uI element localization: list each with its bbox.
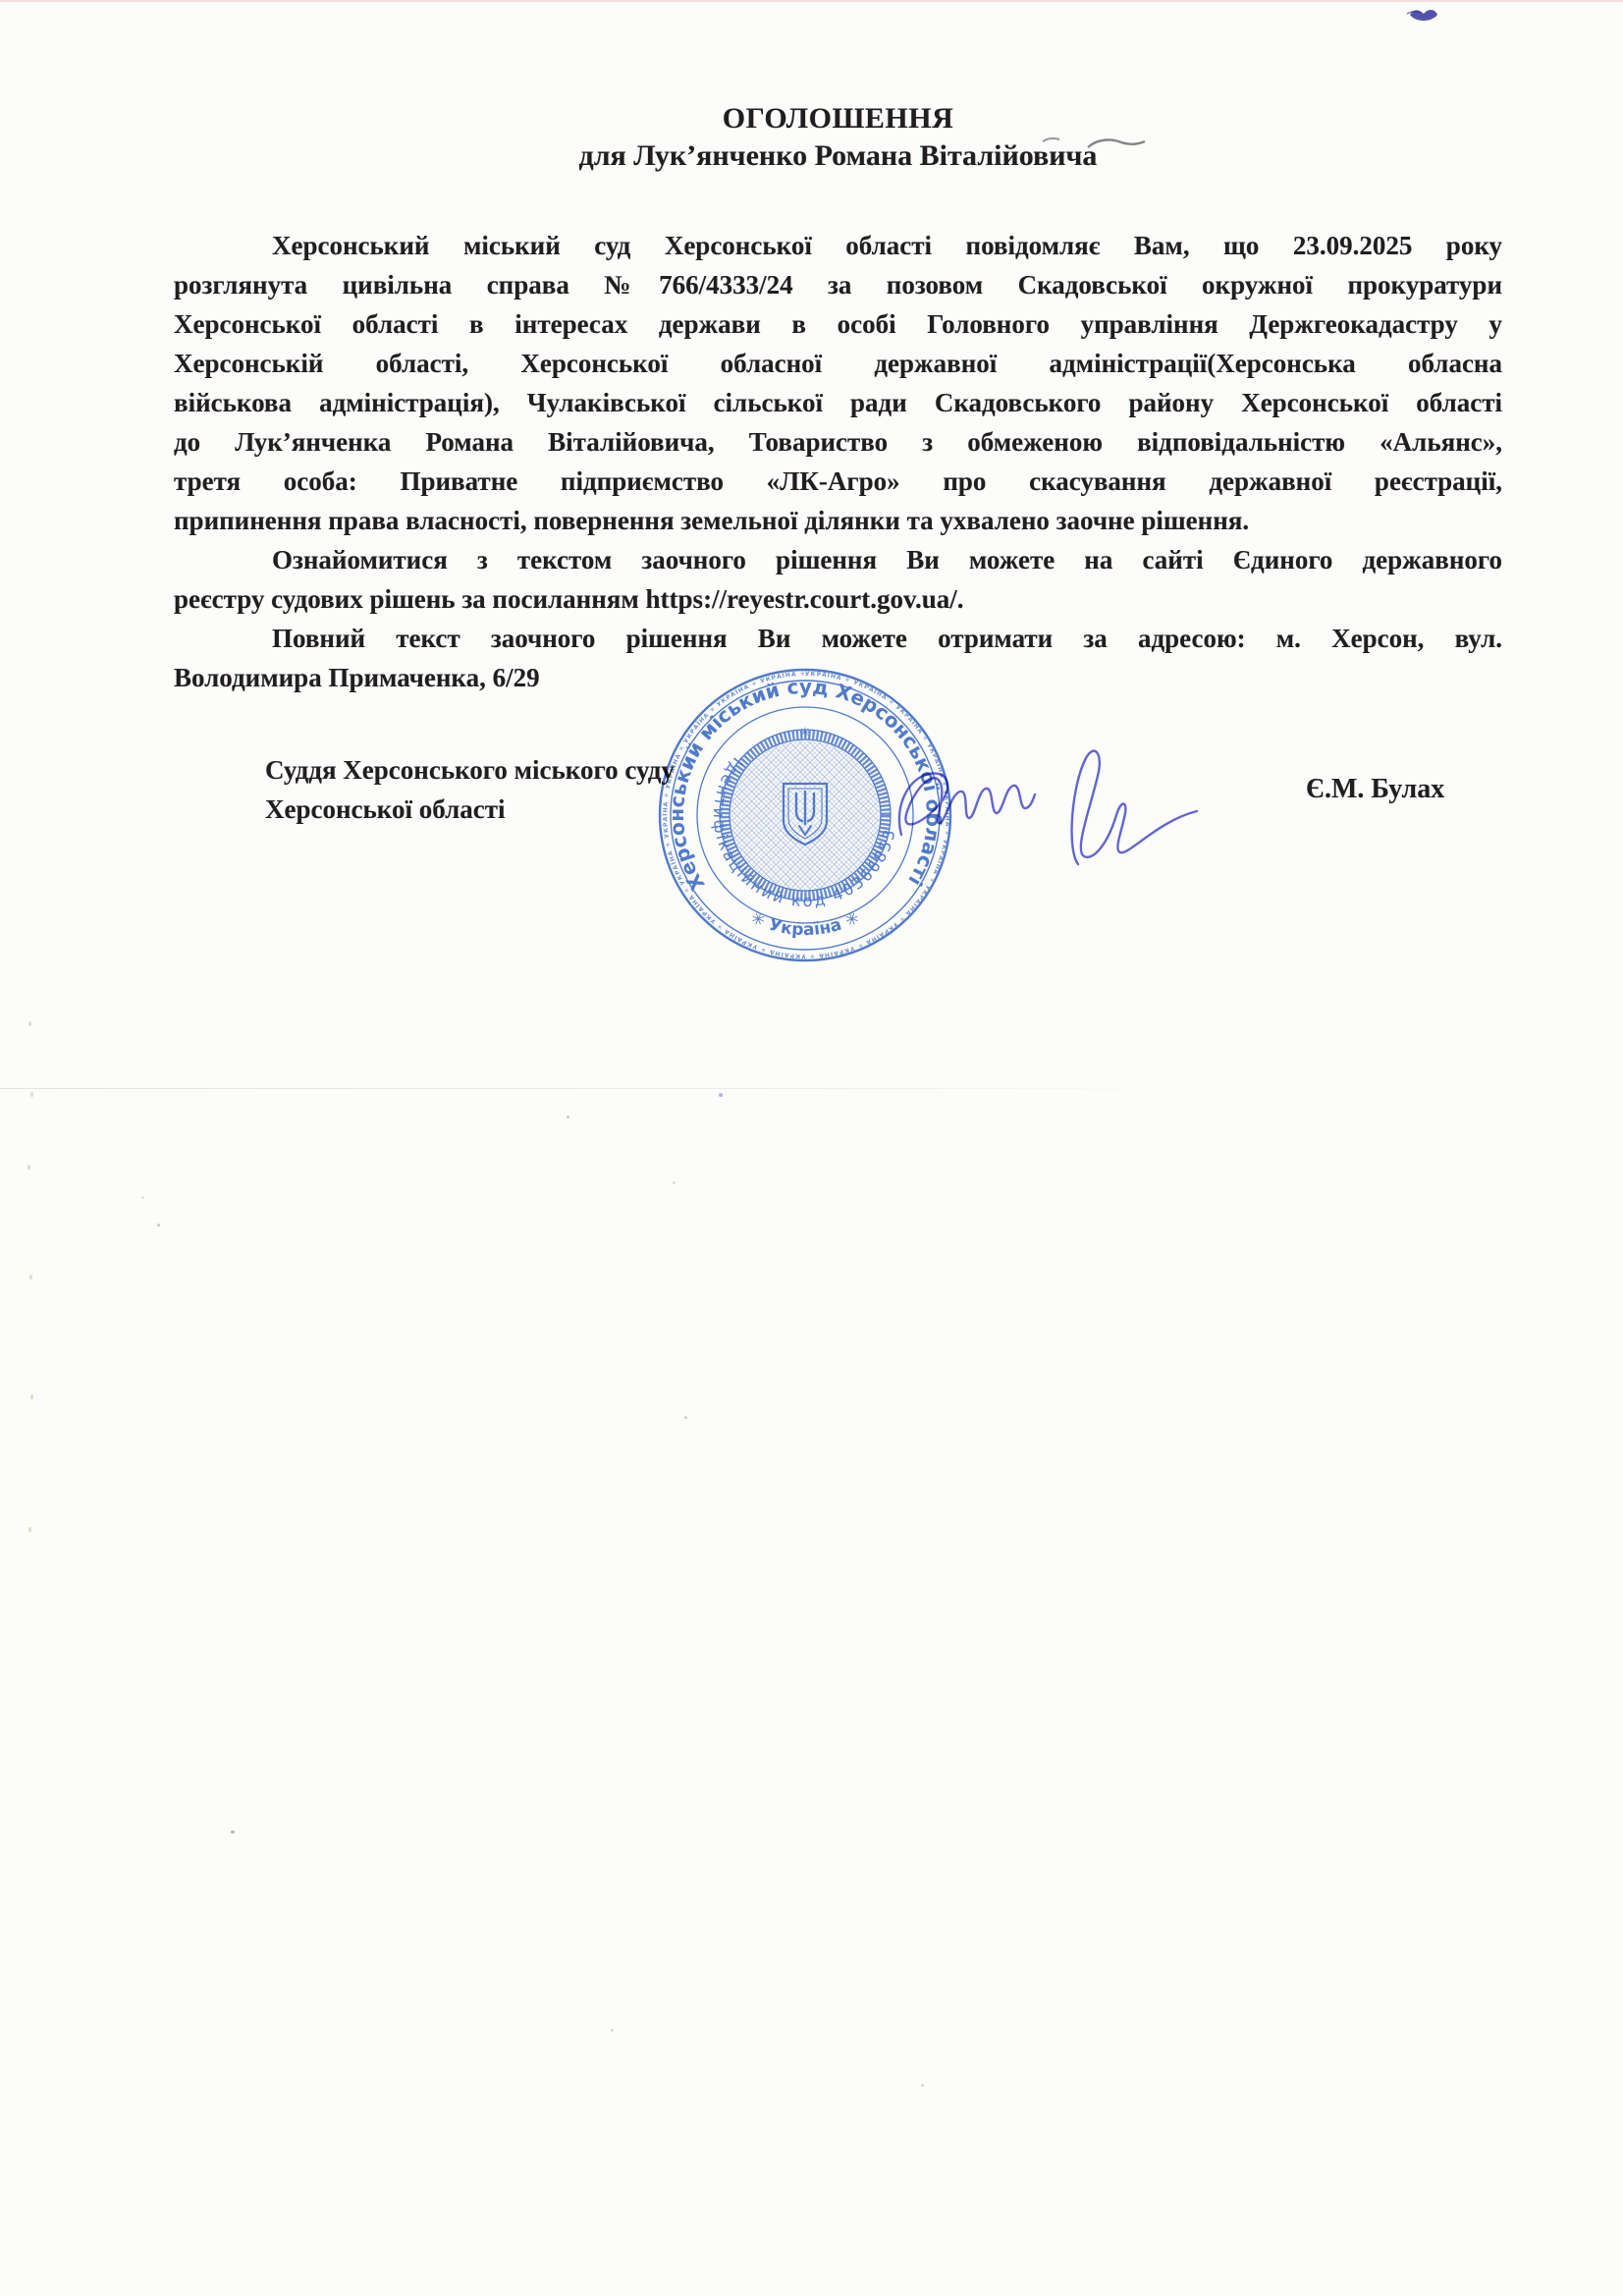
handwritten-signature — [864, 683, 1198, 894]
stamp-country-text: ✳ Україна ✳ — [747, 908, 863, 941]
signature-stroke-loops — [899, 773, 1035, 835]
scan-speck — [673, 1181, 676, 1184]
scan-speck — [719, 1093, 723, 1097]
body-line: розглянута цивільна справа №766/4333/24 … — [174, 265, 1502, 304]
body-line: Повний текст заочного рішення Ви можете … — [174, 619, 1502, 658]
body-line: реєстру судових рішень за посиланням htt… — [174, 579, 1502, 619]
judge-name: Є.М. Булах — [1306, 774, 1502, 805]
scan-edge-dot — [27, 1165, 30, 1170]
scanned-court-announcement-page: ОГОЛОШЕННЯ для Лук’янченко Романа Віталі… — [0, 0, 1623, 2296]
scan-edge-dot — [28, 1527, 31, 1532]
body-line: третя особа: Приватне підприємство «ЛК-А… — [174, 462, 1502, 501]
signature-block: Суддя Херсонського міського суду Херсонс… — [265, 750, 675, 829]
scan-speck — [921, 2084, 924, 2087]
signature-stroke-tail — [1072, 751, 1197, 864]
body-line: Херсонській області, Херсонської обласно… — [174, 344, 1502, 383]
body-line: до Лук’янченка Романа Віталійовича, Това… — [174, 422, 1502, 462]
judge-role-line-1: Суддя Херсонського міського суду — [265, 750, 675, 790]
ink-blot-artifact — [1406, 5, 1441, 28]
paper-fold-line — [0, 1088, 1623, 1089]
scan-speck — [141, 1196, 144, 1199]
body-line: Ознайомитися з текстом заочного рішення … — [174, 540, 1502, 579]
scan-speck — [611, 2029, 614, 2032]
scan-speck — [157, 1224, 160, 1227]
scan-edge-dot — [30, 1394, 33, 1399]
body-line: Херсонський міський суд Херсонської обла… — [174, 226, 1502, 265]
scan-edge-dot — [28, 1021, 31, 1026]
scan-speck — [684, 1416, 687, 1419]
body-line: військова адміністрація), Чулаківської с… — [174, 383, 1502, 422]
pencil-marks-artifact — [1039, 132, 1176, 159]
stamp-top-star-icon: ✳ — [800, 726, 811, 740]
body-line: Херсонської області в інтересах держави … — [174, 304, 1502, 344]
scan-speck — [231, 1831, 235, 1833]
judge-role-line-2: Херсонської області — [265, 790, 675, 829]
document-body: Херсонський міський суд Херсонської обла… — [174, 226, 1502, 697]
document-subtitle: для Лук’янченко Романа Віталійовича — [174, 137, 1502, 175]
scan-edge-dot — [29, 1275, 32, 1280]
trident-emblem-icon — [784, 784, 827, 845]
body-line: припинення права власності, повернення з… — [174, 501, 1502, 540]
scan-edge-artifact — [0, 0, 1623, 2]
document-title: ОГОЛОШЕННЯ — [174, 100, 1502, 137]
scan-speck — [567, 1116, 569, 1119]
scan-edge-dot — [30, 1092, 33, 1097]
